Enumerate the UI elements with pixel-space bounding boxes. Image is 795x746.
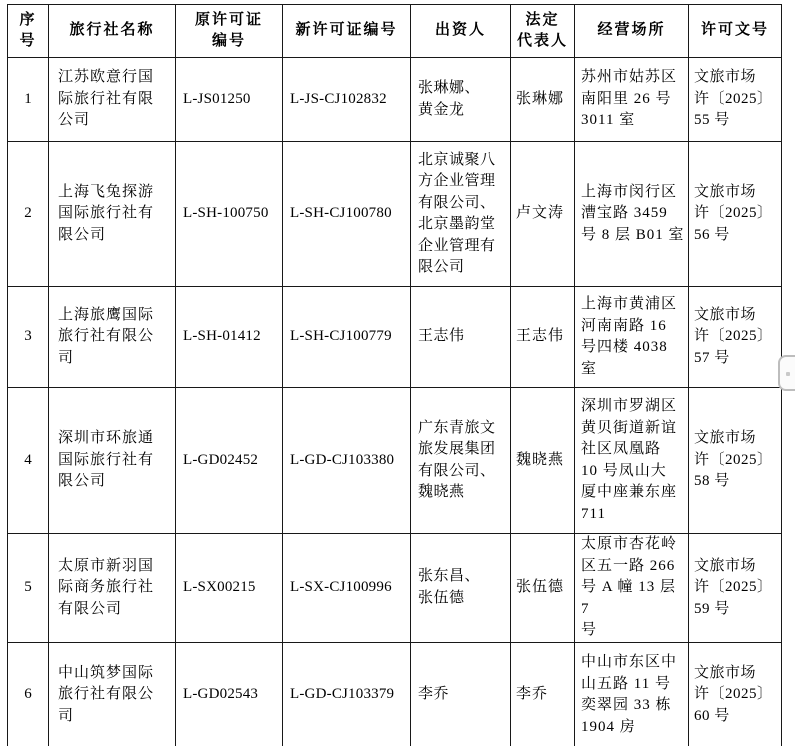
cell-legal-rep: 魏晓燕	[511, 388, 575, 534]
column-header-legal-rep: 法定 代表人	[511, 5, 575, 58]
cell-address: 太原市杏花岭 区五一路 266 号 A 幢 13 层 7 号	[575, 534, 689, 643]
cell-permit-no: 文旅市场 许〔2025〕 58 号	[689, 388, 782, 534]
cell-address: 上海市闵行区 漕宝路 3459 号 8 层 B01 室	[575, 142, 689, 287]
cell-index: 4	[8, 388, 49, 534]
cell-agency-name: 江苏欧意行国 际旅行社有限 公司	[49, 58, 176, 142]
cell-address: 中山市东区中 山五路 11 号 奕翠园 33 栋 1904 房	[575, 642, 689, 746]
cell-investors: 张东昌、 张伍德	[411, 534, 511, 643]
cell-investors: 王志伟	[411, 287, 511, 388]
cell-new-license: L-JS-CJ102832	[283, 58, 411, 142]
cell-old-license: L-SH-100750	[176, 142, 283, 287]
cell-agency-name: 深圳市环旅通 国际旅行社有 限公司	[49, 388, 176, 534]
cell-investors: 北京诚聚八 方企业管理 有限公司、 北京墨韵堂 企业管理有 限公司	[411, 142, 511, 287]
cell-investors: 李乔	[411, 642, 511, 746]
cell-permit-no: 文旅市场 许〔2025〕 60 号	[689, 642, 782, 746]
column-header-address: 经营场所	[575, 5, 689, 58]
cell-legal-rep: 王志伟	[511, 287, 575, 388]
column-header-permit-no: 许可文号	[689, 5, 782, 58]
cell-new-license: L-SH-CJ100779	[283, 287, 411, 388]
cell-new-license: L-GD-CJ103380	[283, 388, 411, 534]
cell-address: 上海市黄浦区 河南南路 16 号四楼 4038 室	[575, 287, 689, 388]
column-header-new-license: 新许可证编号	[283, 5, 411, 58]
cell-permit-no: 文旅市场 许〔2025〕 59 号	[689, 534, 782, 643]
cell-legal-rep: 李乔	[511, 642, 575, 746]
cell-new-license: L-SX-CJ100996	[283, 534, 411, 643]
table-row: 3 上海旅鹰国际 旅行社有限公 司 L-SH-01412 L-SH-CJ1007…	[8, 287, 782, 388]
cell-old-license: L-SH-01412	[176, 287, 283, 388]
table-row: 5 太原市新羽国 际商务旅行社 有限公司 L-SX00215 L-SX-CJ10…	[8, 534, 782, 643]
cell-address: 苏州市姑苏区 南阳里 26 号 3011 室	[575, 58, 689, 142]
column-header-index: 序 号	[8, 5, 49, 58]
cell-investors: 张琳娜、 黄金龙	[411, 58, 511, 142]
cell-old-license: L-JS01250	[176, 58, 283, 142]
cell-agency-name: 中山筑梦国际 旅行社有限公 司	[49, 642, 176, 746]
cell-new-license: L-SH-CJ100780	[283, 142, 411, 287]
cell-permit-no: 文旅市场 许〔2025〕 56 号	[689, 142, 782, 287]
cell-index: 1	[8, 58, 49, 142]
cell-address: 深圳市罗湖区 黄贝街道新谊 社区凤凰路 10 号凤山大 厦中座兼东座 711	[575, 388, 689, 534]
document-page: 序 号 旅行社名称 原许可证 编号 新许可证编号 出资人 法定 代表人 经营场所…	[0, 0, 795, 746]
cell-index: 3	[8, 287, 49, 388]
cell-index: 5	[8, 534, 49, 643]
cell-agency-name: 上海飞兔探游 国际旅行社有 限公司	[49, 142, 176, 287]
cell-permit-no: 文旅市场 许〔2025〕 57 号	[689, 287, 782, 388]
table-row: 6 中山筑梦国际 旅行社有限公 司 L-GD02543 L-GD-CJ10337…	[8, 642, 782, 746]
table-row: 1 江苏欧意行国 际旅行社有限 公司 L-JS01250 L-JS-CJ1028…	[8, 58, 782, 142]
cell-old-license: L-GD02543	[176, 642, 283, 746]
cell-old-license: L-GD02452	[176, 388, 283, 534]
cell-legal-rep: 张伍德	[511, 534, 575, 643]
cell-agency-name: 太原市新羽国 际商务旅行社 有限公司	[49, 534, 176, 643]
header-row: 序 号 旅行社名称 原许可证 编号 新许可证编号 出资人 法定 代表人 经营场所…	[8, 5, 782, 58]
column-header-name: 旅行社名称	[49, 5, 176, 58]
cell-index: 6	[8, 642, 49, 746]
table-row: 2 上海飞兔探游 国际旅行社有 限公司 L-SH-100750 L-SH-CJ1…	[8, 142, 782, 287]
column-header-investors: 出资人	[411, 5, 511, 58]
cell-investors: 广东青旅文 旅发展集团 有限公司、 魏晓燕	[411, 388, 511, 534]
floating-button-glyph-icon	[786, 372, 790, 376]
cell-index: 2	[8, 142, 49, 287]
cell-permit-no: 文旅市场 许〔2025〕 55 号	[689, 58, 782, 142]
cell-old-license: L-SX00215	[176, 534, 283, 643]
cell-new-license: L-GD-CJ103379	[283, 642, 411, 746]
cell-agency-name: 上海旅鹰国际 旅行社有限公 司	[49, 287, 176, 388]
side-floating-button[interactable]	[778, 355, 795, 391]
cell-legal-rep: 卢文涛	[511, 142, 575, 287]
travel-agency-license-table: 序 号 旅行社名称 原许可证 编号 新许可证编号 出资人 法定 代表人 经营场所…	[7, 4, 782, 746]
table-row: 4 深圳市环旅通 国际旅行社有 限公司 L-GD02452 L-GD-CJ103…	[8, 388, 782, 534]
cell-legal-rep: 张琳娜	[511, 58, 575, 142]
column-header-old-license: 原许可证 编号	[176, 5, 283, 58]
